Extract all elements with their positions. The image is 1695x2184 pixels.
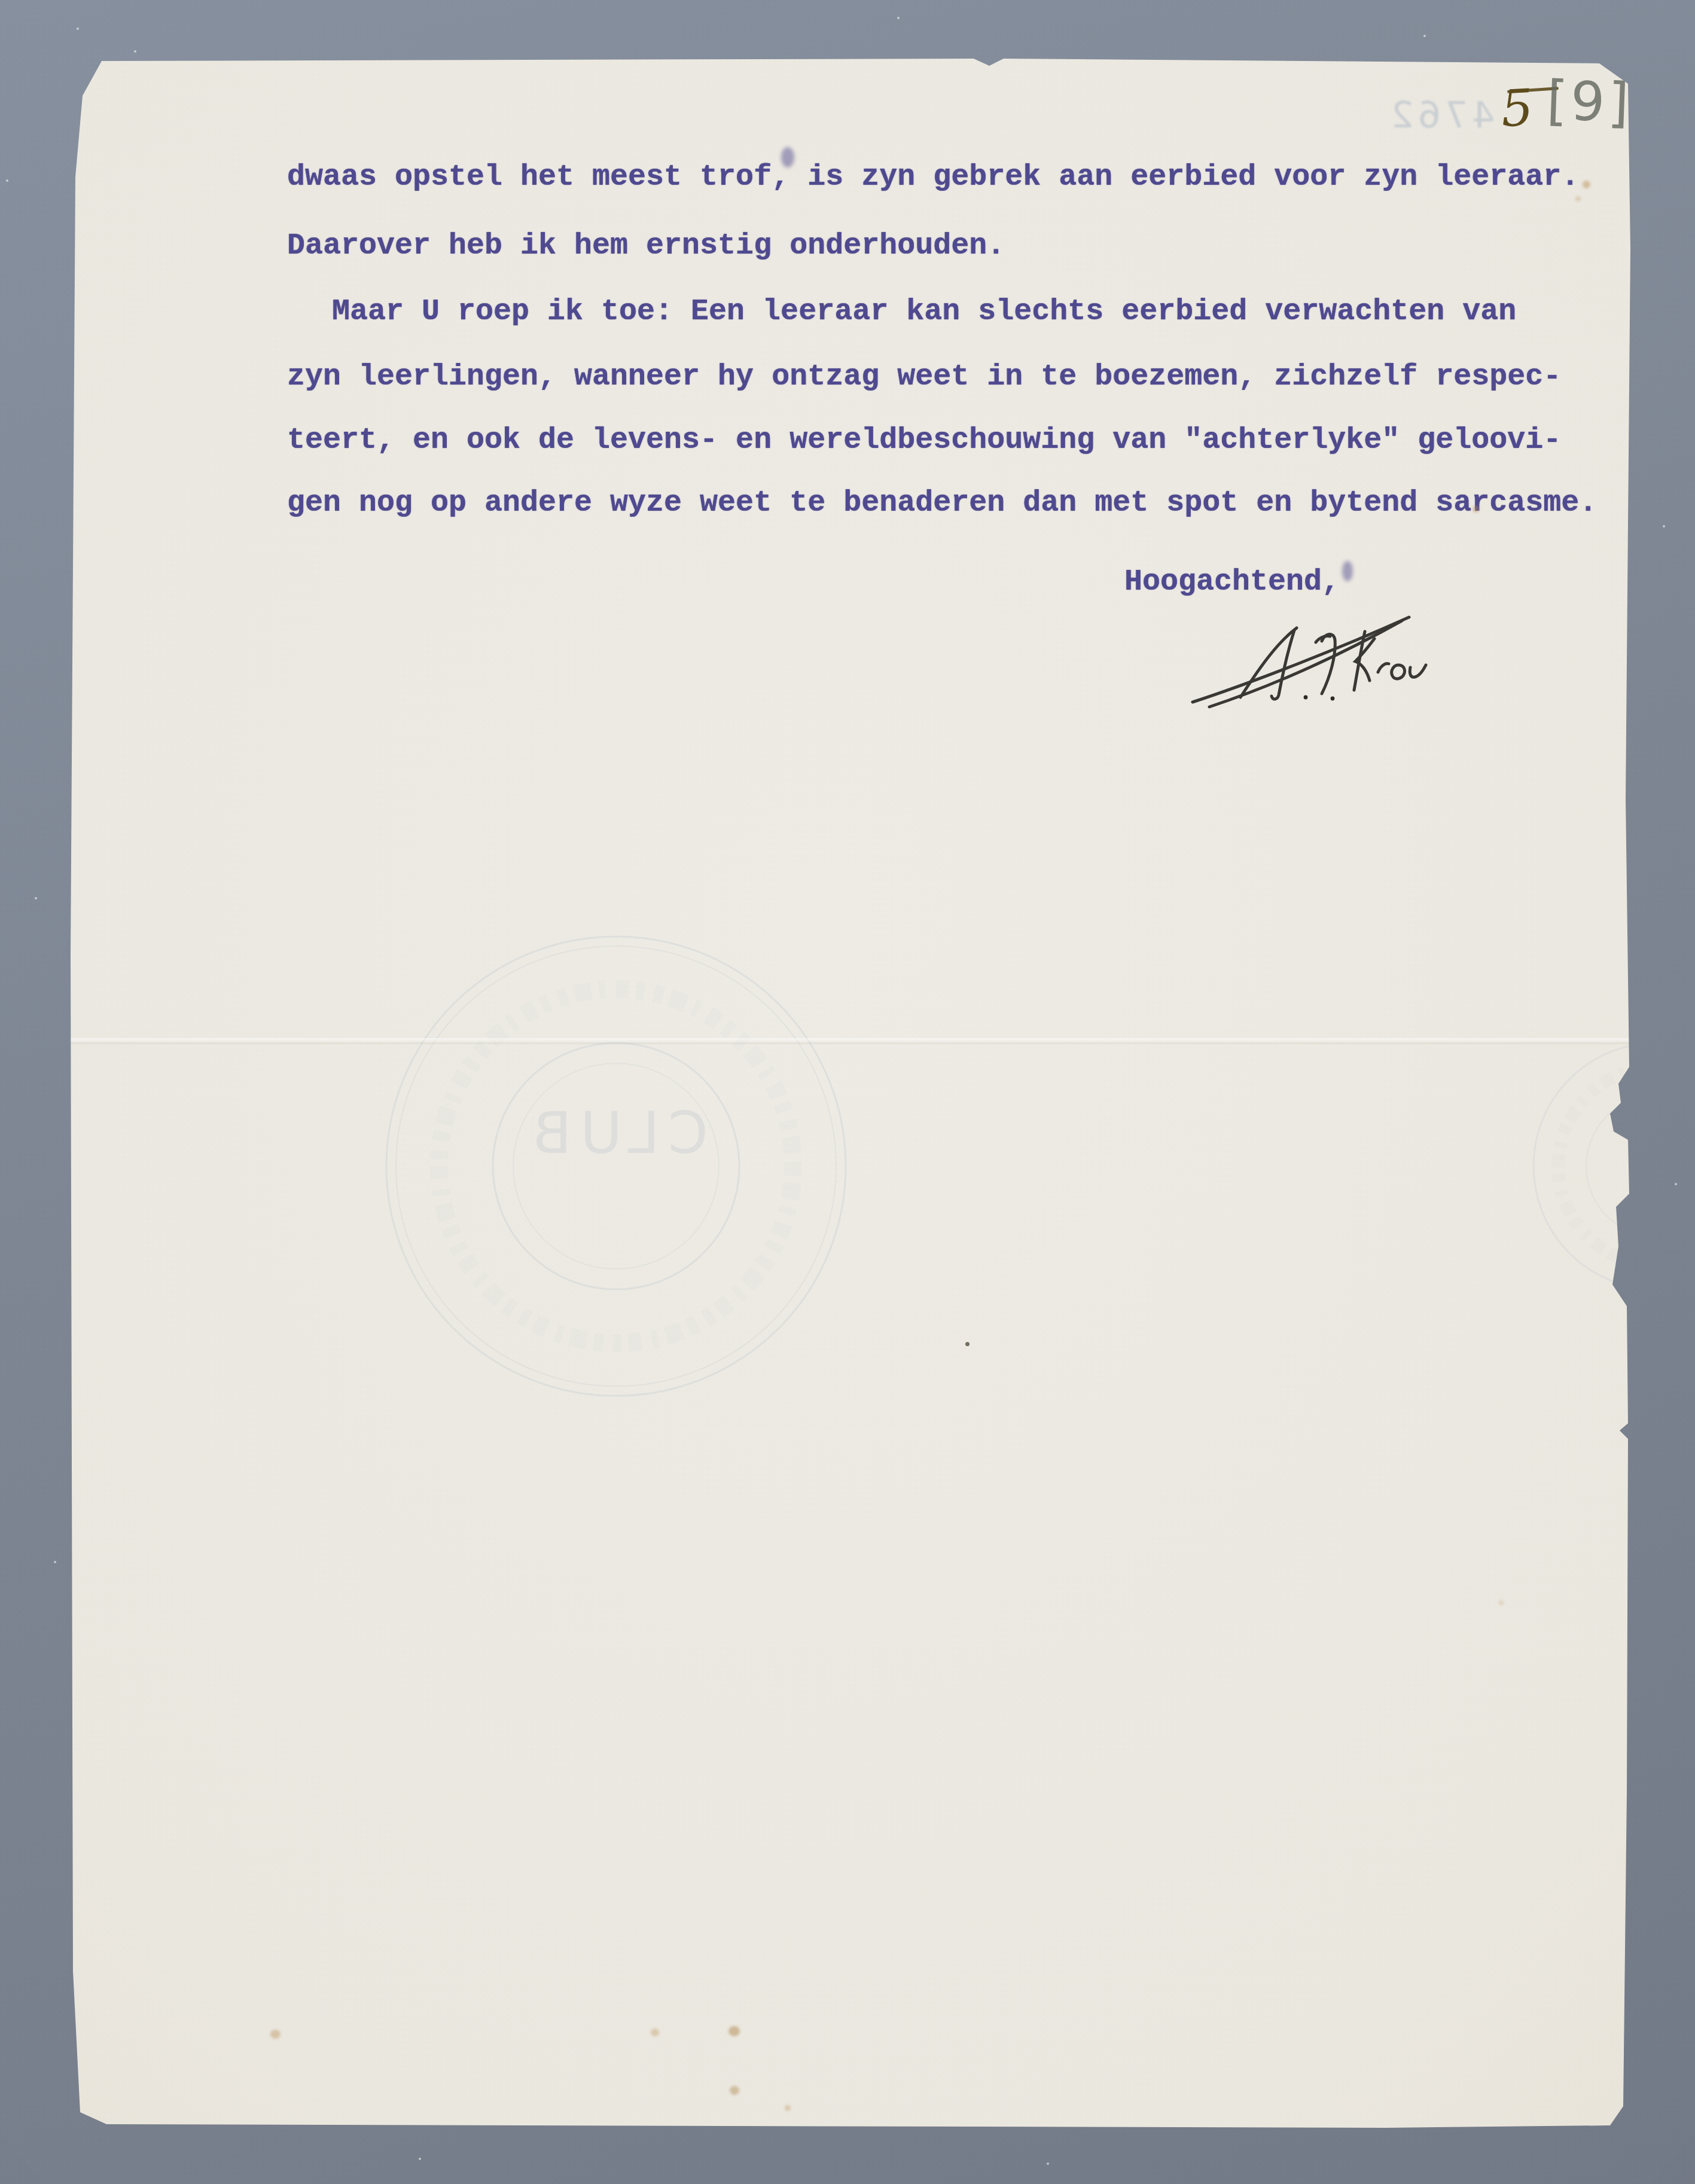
bleedthrough-number: 4762	[1384, 94, 1498, 136]
bleedthrough-stamp: CLUB	[383, 933, 849, 1399]
typed-line-6: gen nog op andere wyze weet te benaderen…	[287, 486, 1597, 521]
signature	[1183, 603, 1449, 716]
typed-line-4: zyn leerlingen, wanneer hy ontzag weet i…	[287, 360, 1561, 395]
typed-line-1: dwaas opstel het meest trof, is zyn gebr…	[287, 160, 1579, 195]
ink-smudge-closing	[1342, 561, 1353, 581]
bleedthrough-stamp-partial	[1531, 1041, 1695, 1292]
typed-line-3: Maar U roep ik toe: Een leeraar kan slec…	[332, 295, 1516, 330]
typed-line-5: teert, en ook de levens- en wereldbescho…	[287, 423, 1561, 458]
closing-line: Hoogachtend,	[1124, 565, 1340, 600]
fold-crease	[71, 1038, 1633, 1044]
page-number-pencil: [9]	[1545, 69, 1633, 135]
stamp-club-text: CLUB	[524, 1100, 708, 1167]
typed-line-2: Daarover heb ik hem ernstig onderhouden.	[287, 229, 1005, 264]
page-number-pen: 5	[1499, 78, 1535, 139]
scanned-letter-photo: CLUB dwaas opstel het meest trof, is zyn…	[0, 0, 1695, 2184]
ink-smudge-trof	[781, 147, 794, 167]
letter-page: CLUB dwaas opstel het meest trof, is zyn…	[71, 57, 1633, 2131]
